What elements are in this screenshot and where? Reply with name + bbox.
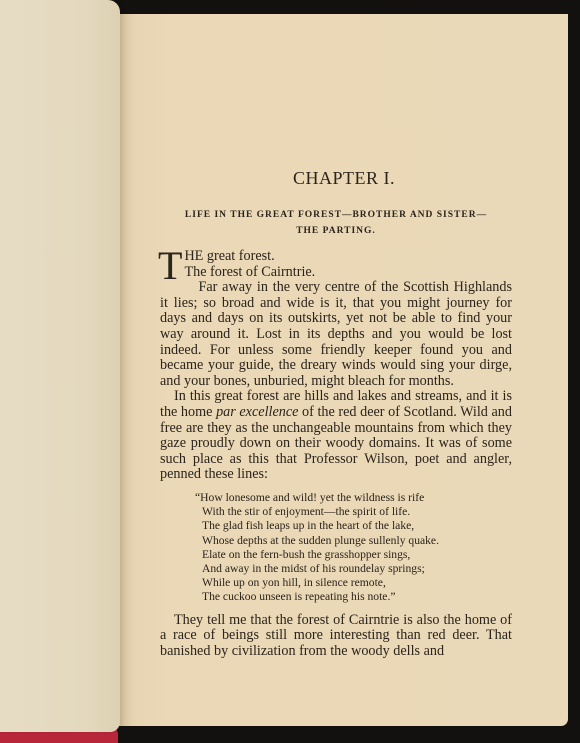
gutter-shadow — [118, 14, 134, 726]
poem-line: The glad fish leaps up in the heart of t… — [202, 519, 512, 533]
left-page-blank — [0, 0, 120, 732]
poem-quote: “How lonesome and wild! yet the wildness… — [202, 491, 512, 605]
italic-phrase: par excellence — [216, 404, 298, 420]
poem-line: Elate on the fern-bush the grasshopper s… — [202, 548, 512, 562]
paragraph-2: In this great forest are hills and lakes… — [160, 389, 512, 483]
opening-line-2: The forest of Cairntrie. — [160, 265, 512, 281]
poem-line: “How lonesome and wild! yet the wildness… — [202, 491, 512, 505]
poem-line: The cuckoo unseen is repeating his note.… — [202, 590, 512, 604]
chapter-body: T HE great forest. The forest of Cairntr… — [160, 249, 512, 659]
paragraph-1: Far away in the very centre of the Scott… — [160, 280, 512, 389]
subtitle-line-1: LIFE IN THE GREAT FOREST—BROTHER AND SIS… — [160, 207, 512, 223]
drop-cap: T — [158, 251, 182, 281]
opening-line-1: HE great forest. — [160, 249, 512, 265]
paragraph-3: They tell me that the forest of Cairntri… — [160, 613, 512, 660]
poem-line: While up on yon hill, in silence remote, — [202, 576, 512, 590]
chapter-subtitle: LIFE IN THE GREAT FOREST—BROTHER AND SIS… — [160, 207, 512, 239]
poem-line: And away in the midst of his roundelay s… — [202, 562, 512, 576]
poem-line: Whose depths at the sudden plunge sullen… — [202, 534, 512, 548]
subtitle-line-2: THE PARTING. — [160, 223, 512, 239]
chapter-title: CHAPTER I. — [168, 168, 520, 189]
poem-line: With the stir of enjoyment—the spirit of… — [202, 505, 512, 519]
book-photo: CHAPTER I. LIFE IN THE GREAT FOREST—BROT… — [0, 0, 580, 743]
opening-lines: T HE great forest. The forest of Cairntr… — [160, 249, 512, 280]
page-text: CHAPTER I. LIFE IN THE GREAT FOREST—BROT… — [160, 168, 512, 659]
